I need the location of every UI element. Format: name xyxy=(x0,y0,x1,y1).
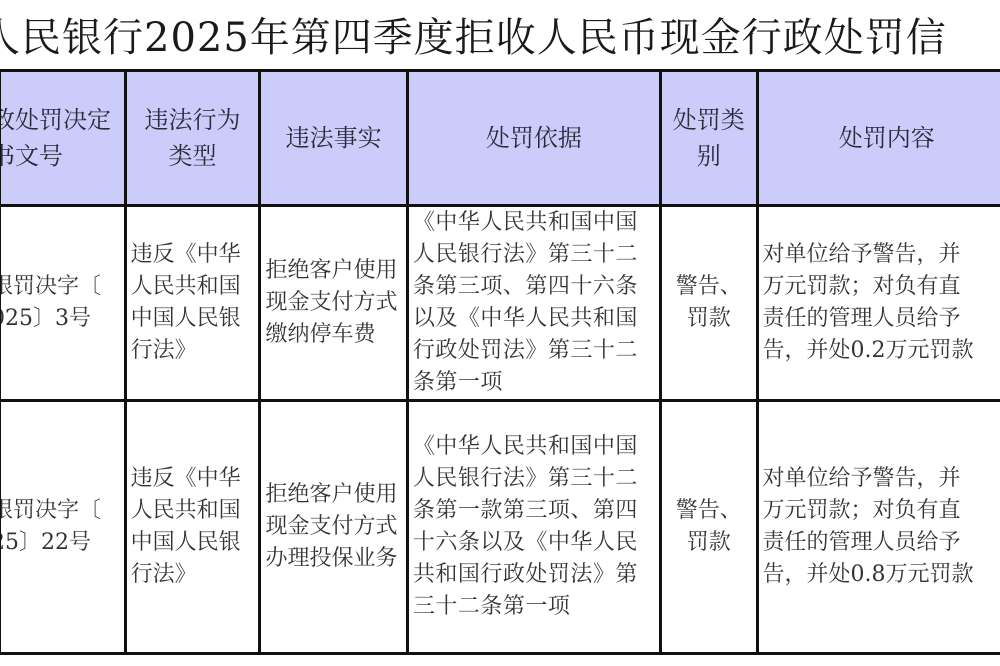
table-row: 银罚决字〔 025〕3号 违反《中华人民共和国中国人民银行法》 拒绝客户使用现金… xyxy=(0,206,1000,401)
cell-violation-type: 违反《中华人民共和国中国人民银行法》 xyxy=(125,401,260,654)
header-decision-doc-number: 政处罚决定 书文号 xyxy=(0,71,125,206)
header-penalty-content: 处罚内容 xyxy=(757,71,1000,206)
cell-violation-fact: 拒绝客户使用现金支付方式办理投保业务 xyxy=(260,401,407,654)
header-penalty-category: 处罚类 别 xyxy=(661,71,758,206)
cell-doc-number: 银罚决字〔 25〕22号 xyxy=(0,401,125,654)
table-header-row: 政处罚决定 书文号 违法行为 类型 违法事实 处罚依据 处罚类 别 处罚内容 xyxy=(0,71,1000,206)
cell-penalty-content: 对单位给予警告，并 万元罚款；对负有直 责任的管理人员给予 告，并处0.8万元罚… xyxy=(757,401,1000,654)
header-penalty-basis: 处罚依据 xyxy=(407,71,660,206)
cell-penalty-category: 警告、罚款 xyxy=(661,206,758,401)
cell-penalty-category: 警告、罚款 xyxy=(661,401,758,654)
table-row: 银罚决字〔 25〕22号 违反《中华人民共和国中国人民银行法》 拒绝客户使用现金… xyxy=(0,401,1000,654)
cell-penalty-basis: 《中华人民共和国中国人民银行法》第三十二条第一款第三项、第四十六条以及《中华人民… xyxy=(407,401,660,654)
penalty-table: 政处罚决定 书文号 违法行为 类型 违法事实 处罚依据 处罚类 别 处罚内容 xyxy=(0,69,1000,655)
document-title: 人民银行2025年第四季度拒收人民币现金行政处罚信 xyxy=(0,8,947,68)
cell-violation-type: 违反《中华人民共和国中国人民银行法》 xyxy=(125,206,260,401)
cell-violation-fact: 拒绝客户使用现金支付方式缴纳停车费 xyxy=(260,206,407,401)
cell-penalty-content: 对单位给予警告，并 万元罚款；对负有直 责任的管理人员给予 告，并处0.2万元罚… xyxy=(757,206,1000,401)
cell-penalty-basis: 《中华人民共和国中国人民银行法》第三十二条第三项、第四十六条以及《中华人民共和国… xyxy=(407,206,660,401)
header-violation-fact: 违法事实 xyxy=(260,71,407,206)
cell-doc-number: 银罚决字〔 025〕3号 xyxy=(0,206,125,401)
header-violation-type: 违法行为 类型 xyxy=(125,71,260,206)
